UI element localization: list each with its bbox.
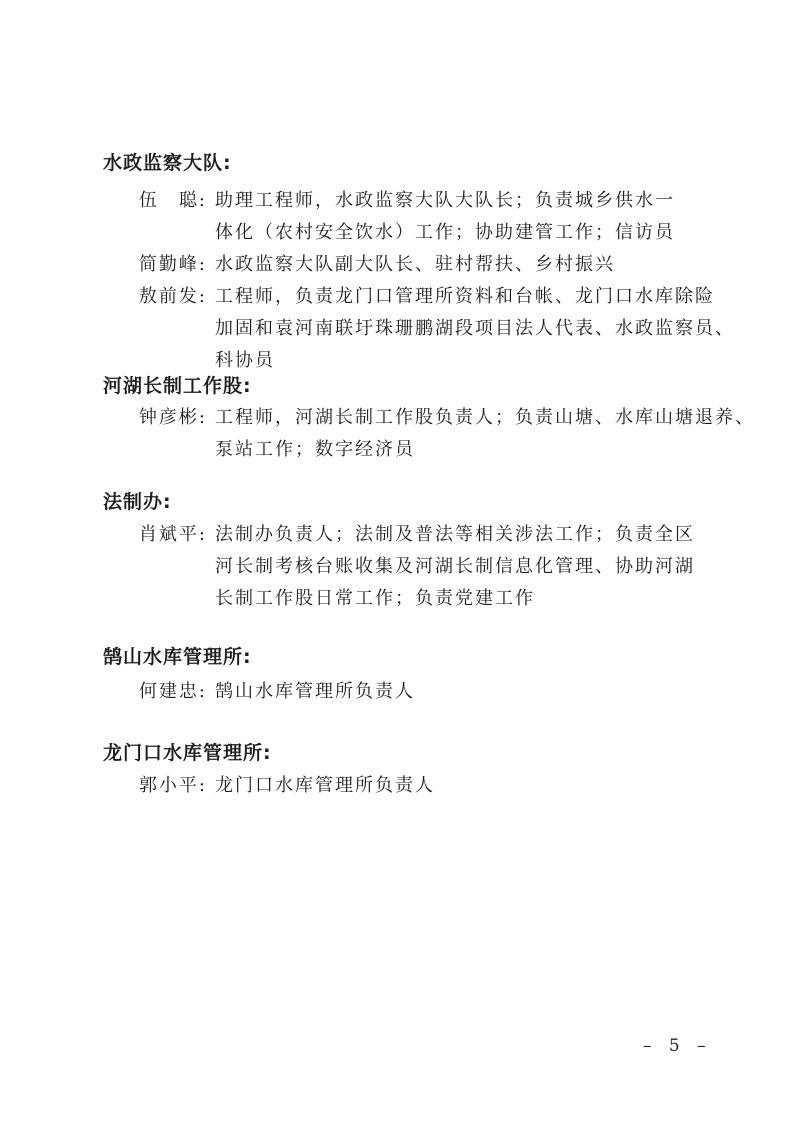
- duty-line: 工程师，河湖长制工作股负责人；负责山塘、水库山塘退养、: [215, 402, 755, 434]
- personnel-entry: 钟彦彬: 工程师，河湖长制工作股负责人；负责山塘、水库山塘退养、 泵站工作；数字…: [103, 402, 733, 466]
- section-water-admin-brigade: 水政监察大队: 伍 聪: 助理工程师，水政监察大队大队长；负责城乡供水一 体化（…: [103, 147, 733, 377]
- section-heading: 鹄山水库管理所:: [103, 641, 733, 673]
- document-page: 水政监察大队: 伍 聪: 助理工程师，水政监察大队大队长；负责城乡供水一 体化（…: [0, 0, 793, 1122]
- person-name: 敖前发:: [103, 281, 207, 313]
- person-name: 何建忠:: [103, 676, 207, 708]
- duty-line: 泵站工作；数字经济员: [215, 434, 755, 466]
- personnel-entry: 郭小平: 龙门口水库管理所负责人: [103, 770, 733, 802]
- person-duties: 工程师，负责龙门口管理所资料和台帐、龙门口水库除险 加固和袁河南联圩珠珊鹏湖段项…: [215, 281, 735, 377]
- duty-line: 长制工作股日常工作；负责党建工作: [215, 583, 695, 615]
- document-content: 水政监察大队: 伍 聪: 助理工程师，水政监察大队大队长；负责城乡供水一 体化（…: [103, 147, 733, 802]
- section-heading: 水政监察大队:: [103, 147, 733, 179]
- section-entries: 何建忠: 鹄山水库管理所负责人: [103, 676, 733, 708]
- duty-line: 加固和袁河南联圩珠珊鹏湖段项目法人代表、水政监察员、: [215, 313, 735, 345]
- person-name: 钟彦彬:: [103, 402, 207, 434]
- duty-line: 龙门口水库管理所负责人: [215, 770, 435, 802]
- section-entries: 肖斌平: 法制办负责人；法制及普法等相关涉法工作；负责全区 河长制考核台账收集及…: [103, 519, 733, 615]
- person-name: 伍 聪:: [103, 185, 207, 217]
- personnel-entry: 敖前发: 工程师，负责龙门口管理所资料和台帐、龙门口水库除险 加固和袁河南联圩珠…: [103, 281, 733, 377]
- duty-line: 河长制考核台账收集及河湖长制信息化管理、协助河湖: [215, 551, 695, 583]
- personnel-entry: 何建忠: 鹄山水库管理所负责人: [103, 676, 733, 708]
- section-heading: 法制办:: [103, 486, 733, 518]
- person-name: 肖斌平:: [103, 519, 207, 551]
- section-gushan-reservoir: 鹄山水库管理所: 何建忠: 鹄山水库管理所负责人: [103, 641, 733, 708]
- personnel-entry: 简勤峰: 水政监察大队副大队长、驻村帮扶、乡村振兴: [103, 249, 733, 281]
- person-name: 郭小平:: [103, 770, 207, 802]
- person-duties: 法制办负责人；法制及普法等相关涉法工作；负责全区 河长制考核台账收集及河湖长制信…: [215, 519, 695, 615]
- person-duties: 水政监察大队副大队长、驻村帮扶、乡村振兴: [215, 249, 615, 281]
- person-name: 简勤峰:: [103, 249, 207, 281]
- duty-line: 法制办负责人；法制及普法等相关涉法工作；负责全区: [215, 519, 695, 551]
- duty-line: 体化（农村安全饮水）工作；协助建管工作；信访员: [215, 217, 675, 249]
- duty-line: 水政监察大队副大队长、驻村帮扶、乡村振兴: [215, 249, 615, 281]
- person-duties: 鹄山水库管理所负责人: [215, 676, 415, 708]
- person-duties: 龙门口水库管理所负责人: [215, 770, 435, 802]
- section-legal-office: 法制办: 肖斌平: 法制办负责人；法制及普法等相关涉法工作；负责全区 河长制考核…: [103, 486, 733, 615]
- duty-line: 工程师，负责龙门口管理所资料和台帐、龙门口水库除险: [215, 281, 735, 313]
- page-number: – 5 –: [643, 1036, 708, 1056]
- section-heading: 龙门口水库管理所:: [103, 737, 733, 769]
- duty-line: 助理工程师，水政监察大队大队长；负责城乡供水一: [215, 185, 675, 217]
- duty-line: 鹄山水库管理所负责人: [215, 676, 415, 708]
- personnel-entry: 肖斌平: 法制办负责人；法制及普法等相关涉法工作；负责全区 河长制考核台账收集及…: [103, 519, 733, 615]
- person-duties: 助理工程师，水政监察大队大队长；负责城乡供水一 体化（农村安全饮水）工作；协助建…: [215, 185, 675, 249]
- personnel-entry: 伍 聪: 助理工程师，水政监察大队大队长；负责城乡供水一 体化（农村安全饮水）工…: [103, 185, 733, 249]
- section-entries: 钟彦彬: 工程师，河湖长制工作股负责人；负责山塘、水库山塘退养、 泵站工作；数字…: [103, 402, 733, 466]
- section-entries: 郭小平: 龙门口水库管理所负责人: [103, 770, 733, 802]
- section-longmenkou-reservoir: 龙门口水库管理所: 郭小平: 龙门口水库管理所负责人: [103, 737, 733, 802]
- duty-line: 科协员: [215, 345, 735, 377]
- section-river-lake-chief: 河湖长制工作股: 钟彦彬: 工程师，河湖长制工作股负责人；负责山塘、水库山塘退养…: [103, 370, 733, 466]
- person-duties: 工程师，河湖长制工作股负责人；负责山塘、水库山塘退养、 泵站工作；数字经济员: [215, 402, 755, 466]
- section-entries: 伍 聪: 助理工程师，水政监察大队大队长；负责城乡供水一 体化（农村安全饮水）工…: [103, 185, 733, 377]
